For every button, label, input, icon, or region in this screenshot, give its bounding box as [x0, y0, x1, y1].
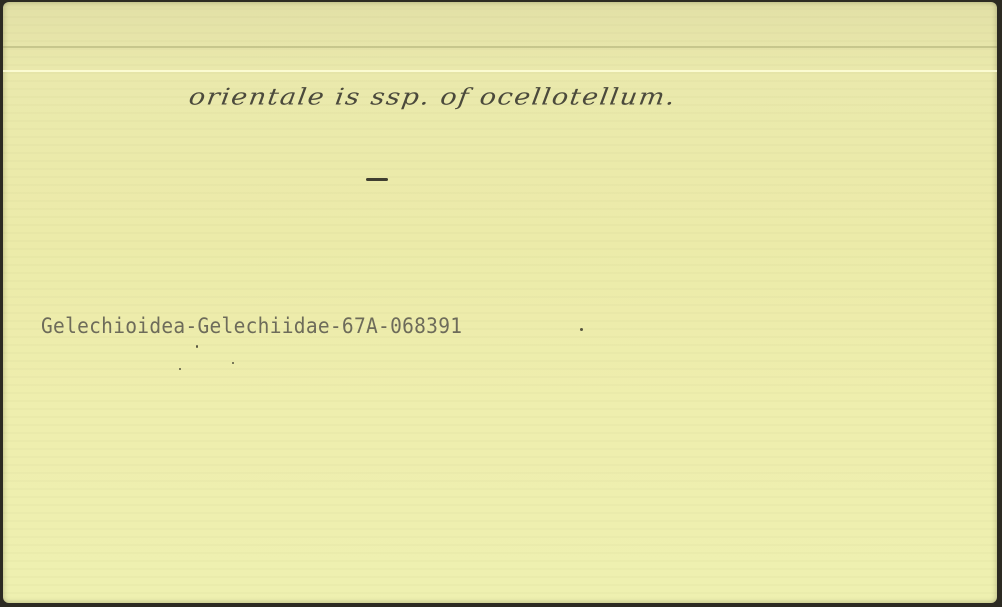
- speck: [580, 328, 583, 331]
- handwritten-note: orientale is ssp. of ocellotellum.: [187, 84, 678, 110]
- card-band-highlight: [3, 70, 997, 72]
- card-band-line: [3, 46, 997, 48]
- typed-taxonomy-label: Gelechioidea-Gelechiidae-67A-068391: [41, 314, 462, 338]
- speck: [232, 362, 234, 364]
- speck: [196, 345, 198, 348]
- speck: [179, 368, 181, 370]
- index-card: orientale is ssp. of ocellotellum. Gelec…: [3, 2, 997, 603]
- separator-dash: [366, 178, 388, 181]
